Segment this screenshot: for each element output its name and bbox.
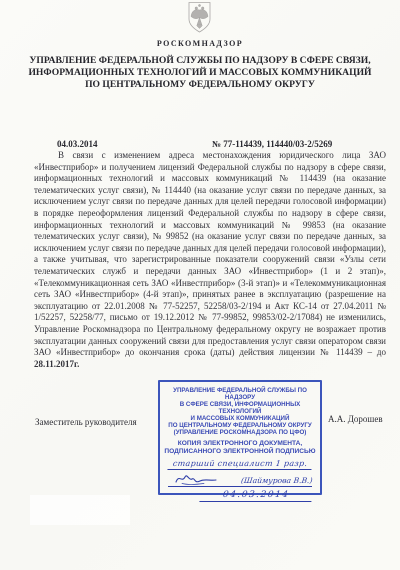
stamp-copy-notice: КОПИЯ ЭЛЕКТРОННОГО ДОКУМЕНТА, ПОДПИСАННО… — [160, 440, 320, 455]
stamp-org-line: УПРАВЛЕНИЕ ФЕДЕРАЛЬНОЙ СЛУЖБЫ ПО НАДЗОРУ — [160, 387, 320, 401]
org-name-line: ПО ЦЕНТРАЛЬНОМУ ФЕДЕРАЛЬНОМУ ОКРУГУ — [24, 79, 376, 91]
org-name-line: УПРАВЛЕНИЕ ФЕДЕРАЛЬНОЙ СЛУЖБЫ ПО НАДЗОРУ… — [24, 55, 376, 67]
signer-name: А.А. Дорошев — [328, 414, 383, 424]
electronic-signature-stamp: УПРАВЛЕНИЕ ФЕДЕРАЛЬНОЙ СЛУЖБЫ ПО НАДЗОРУ… — [158, 380, 322, 495]
document-number: № 77-114439, 114440/03-2/5269 — [212, 139, 332, 149]
org-name-line: ИНФОРМАЦИОННЫХ ТЕХНОЛОГИЙ И МАССОВЫХ КОМ… — [24, 67, 376, 79]
handwritten-signature-row: (Шаймурова В.В.) — [168, 472, 312, 487]
org-name-heading: УПРАВЛЕНИЕ ФЕДЕРАЛЬНОЙ СЛУЖБЫ ПО НАДЗОРУ… — [24, 55, 376, 91]
letter-body-deadline: 28.11.2017г. — [34, 359, 79, 369]
letter-body-text: В связи с изменением адреса местонахожде… — [34, 150, 386, 357]
agency-name: РОСКОМНАДЗОР — [0, 39, 400, 48]
signature-scribble-icon — [174, 472, 218, 485]
handwritten-role: старший специалист 1 разр. — [167, 459, 312, 470]
stamp-copy-line: ПОДПИСАННОГО ЭЛЕКТРОННОЙ ПОДПИСЬЮ — [160, 448, 320, 456]
stamp-org-line: И МАССОВЫХ КОММУНИКАЦИЙ — [160, 415, 320, 422]
handwritten-name: (Шаймурова В.В.) — [240, 476, 313, 485]
stamp-org-name: УПРАВЛЕНИЕ ФЕДЕРАЛЬНОЙ СЛУЖБЫ ПО НАДЗОРУ… — [160, 387, 320, 436]
signer-position: Заместитель руководителя — [35, 417, 137, 427]
handwritten-date: 04.03.2014 — [199, 490, 312, 502]
scanned-letter-page: РОСКОМНАДЗОР УПРАВЛЕНИЕ ФЕДЕРАЛЬНОЙ СЛУЖ… — [0, 0, 400, 570]
coat-of-arms-icon — [187, 1, 212, 34]
stamp-copy-line: КОПИЯ ЭЛЕКТРОННОГО ДОКУМЕНТА, — [160, 440, 320, 448]
letter-body: В связи с изменением адреса местонахожде… — [34, 150, 386, 370]
document-date: 04.03.2014 — [57, 139, 98, 149]
stamp-org-line: (УПРАВЛЕНИЕ РОСКОМНАДЗОРА ПО ЦФО) — [160, 429, 320, 436]
whiteout-patch — [30, 495, 130, 525]
stamp-org-line: ПО ЦЕНТРАЛЬНОМУ ФЕДЕРАЛЬНОМУ ОКРУГУ — [160, 422, 320, 429]
stamp-org-line: В СФЕРЕ СВЯЗИ, ИНФОРМАЦИОННЫХ ТЕХНОЛОГИЙ — [160, 401, 320, 415]
